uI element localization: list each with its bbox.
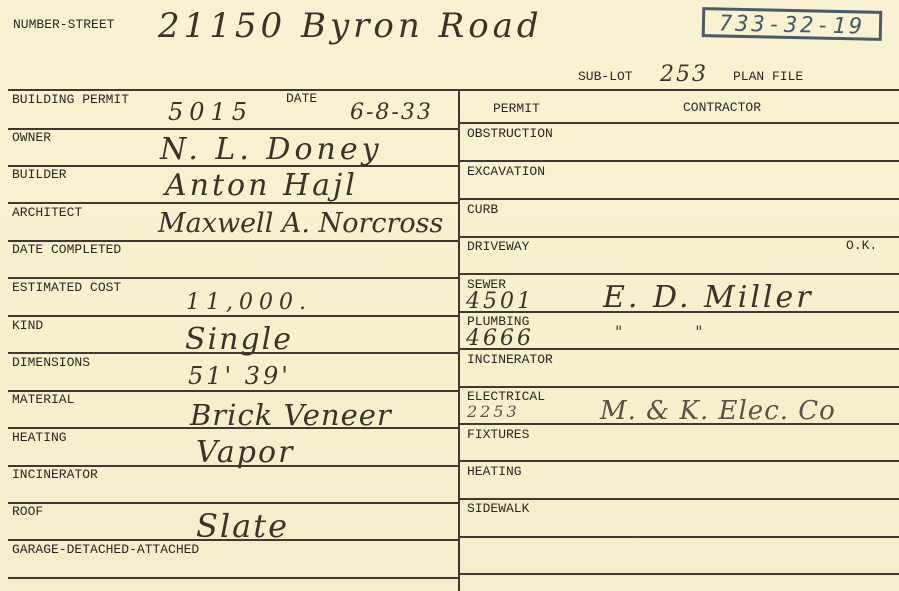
rule-left bbox=[8, 128, 458, 130]
label-estimated-cost: ESTIMATED COST bbox=[12, 280, 121, 295]
rule-right bbox=[458, 498, 899, 500]
number-street-value: 21150 Byron Road bbox=[158, 6, 543, 46]
value-material: Brick Veneer bbox=[190, 398, 392, 432]
value-date: 6-8-33 bbox=[350, 100, 433, 125]
sub-lot-value: 253 bbox=[660, 62, 708, 87]
rule-right bbox=[458, 536, 899, 538]
rule-right bbox=[458, 122, 899, 124]
value-dimensions: 51' 39' bbox=[188, 362, 291, 390]
label-kind: KIND bbox=[12, 318, 43, 333]
value-architect: Maxwell A. Norcross bbox=[158, 208, 443, 239]
value-owner: N. L. Doney bbox=[160, 132, 383, 167]
plan-file-label: PLAN FILE bbox=[733, 69, 803, 84]
label-sidewalk: SIDEWALK bbox=[467, 501, 529, 516]
rule-right bbox=[458, 198, 899, 200]
building-permit-card: NUMBER-STREET 21150 Byron Road 733-32-19… bbox=[0, 0, 899, 591]
label-roof: ROOF bbox=[12, 504, 43, 519]
label-date: DATE bbox=[286, 91, 317, 106]
sub-lot-label: SUB-LOT bbox=[578, 69, 633, 84]
header-permit: PERMIT bbox=[493, 101, 540, 116]
rule-right bbox=[458, 460, 899, 462]
contractor-electrical: M. & K. Elec. Co bbox=[600, 396, 836, 426]
value-builder: Anton Hajl bbox=[165, 168, 358, 203]
rule-right bbox=[458, 273, 899, 275]
value-estimated-cost: 11,000. bbox=[186, 290, 312, 315]
value-heating: Vapor bbox=[196, 435, 294, 470]
contractor-sewer: E. D. Miller bbox=[603, 280, 814, 315]
label-owner: OWNER bbox=[12, 130, 51, 145]
permit-no-electrical: 2253 bbox=[467, 402, 520, 421]
label-architect: ARCHITECT bbox=[12, 205, 82, 220]
label-date-completed: DATE COMPLETED bbox=[12, 242, 121, 257]
label-building-permit: BUILDING PERMIT bbox=[12, 92, 129, 107]
label-material: MATERIAL bbox=[12, 392, 74, 407]
file-number-text: 733-32-19 bbox=[719, 11, 866, 39]
label-dimensions: DIMENSIONS bbox=[12, 355, 90, 370]
permit-no-plumbing: 4666 bbox=[466, 326, 534, 351]
rule-left bbox=[8, 502, 458, 504]
note-driveway: O.K. bbox=[846, 238, 877, 253]
label-fixtures: FIXTURES bbox=[467, 427, 529, 442]
permit-no-sewer: 4501 bbox=[466, 289, 534, 314]
label-incinerator-permit: INCINERATOR bbox=[467, 352, 553, 367]
rule-top bbox=[8, 89, 899, 91]
rule-left bbox=[8, 277, 458, 279]
value-roof: Slate bbox=[196, 507, 289, 545]
label-curb: CURB bbox=[467, 202, 498, 217]
label-incinerator: INCINERATOR bbox=[12, 467, 98, 482]
label-heating: HEATING bbox=[12, 430, 67, 445]
rule-left bbox=[8, 577, 458, 579]
number-street-label: NUMBER-STREET bbox=[13, 17, 114, 32]
file-number-stamp: 733-32-19 bbox=[702, 7, 883, 41]
label-heating-permit: HEATING bbox=[467, 464, 522, 479]
rule-right bbox=[458, 386, 899, 388]
column-divider bbox=[458, 89, 460, 591]
value-building-permit: 5015 bbox=[168, 98, 253, 126]
label-excavation: EXCAVATION bbox=[467, 164, 545, 179]
label-garage: GARAGE-DETACHED-ATTACHED bbox=[12, 542, 199, 557]
label-builder: BUILDER bbox=[12, 167, 67, 182]
label-obstruction: OBSTRUCTION bbox=[467, 126, 553, 141]
label-driveway: DRIVEWAY bbox=[467, 239, 529, 254]
rule-left bbox=[8, 315, 458, 317]
rule-right bbox=[458, 160, 899, 162]
value-kind: Single bbox=[185, 322, 293, 357]
rule-right bbox=[458, 573, 899, 575]
header-contractor: CONTRACTOR bbox=[683, 100, 761, 115]
rule-left bbox=[8, 390, 458, 392]
contractor-plumbing-ditto: " " bbox=[615, 322, 705, 341]
rule-right bbox=[458, 236, 899, 238]
